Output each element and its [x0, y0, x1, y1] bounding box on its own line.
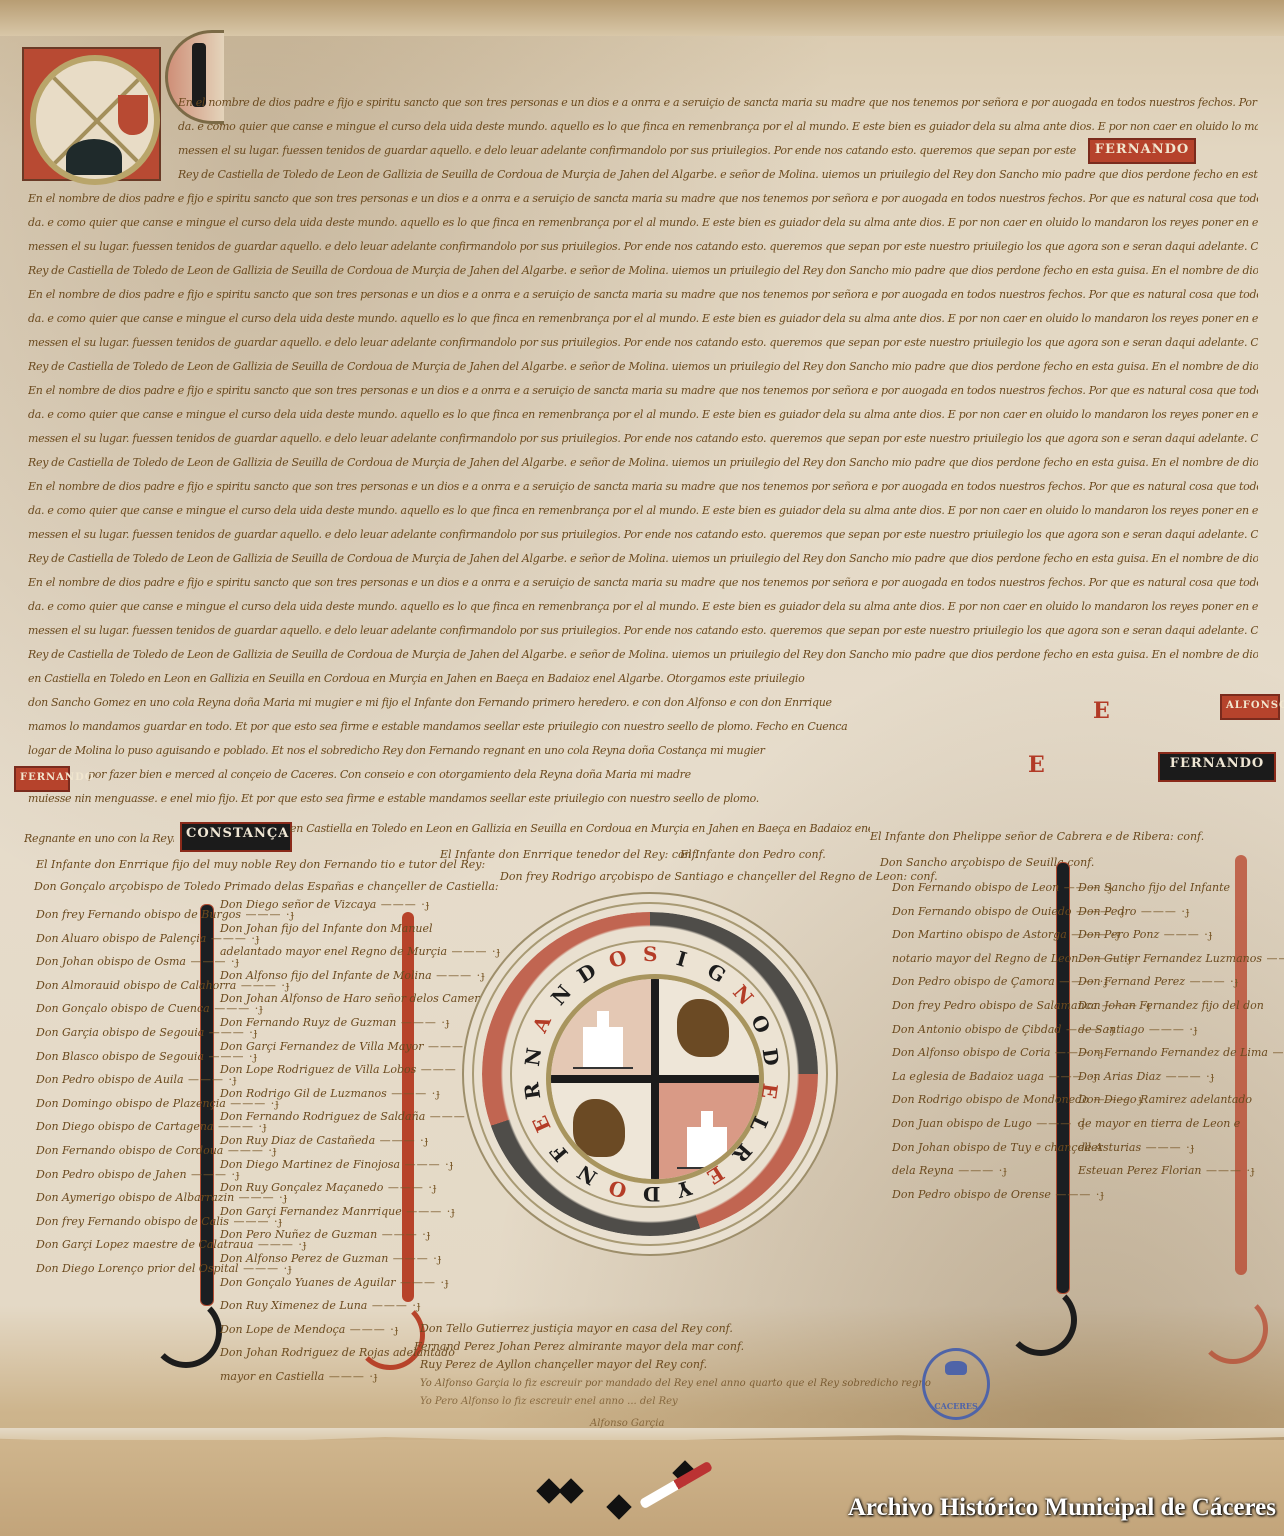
witness-entry: Don Alfonso Perez de Guzman	[220, 1247, 546, 1271]
confirmation-line: El Infante don Enrrique tenedor del Rey:…	[440, 848, 699, 861]
text-line: da. e como quier que canse e mingue el c…	[28, 600, 1258, 614]
text-line: messen el su lugar. fuessen tenidos de g…	[28, 240, 1258, 254]
rubric-name-box: FERNANDO	[1088, 138, 1196, 164]
text-line: Rey de Castiella de Toledo de Leon de Ga…	[28, 264, 1258, 278]
flourish-red	[1198, 1294, 1268, 1364]
witness-entry: Don Pedro obispo de Orense	[892, 1183, 1151, 1207]
witness-entry: de Santiago	[1078, 1018, 1284, 1042]
witness-entry: Don Fernando Fernandez de Lima	[1078, 1041, 1284, 1065]
witness-entry: Don Pero Nuñez de Guzman	[220, 1223, 546, 1247]
text-line: En el nombre de dios padre e fijo e spir…	[28, 192, 1258, 206]
text-line: da. e como quier que canse e mingue el c…	[28, 216, 1258, 230]
crown-icon	[945, 1361, 967, 1375]
witness-entry: Don Fernand Perez	[1078, 970, 1284, 994]
legend-letter: G	[703, 958, 730, 987]
witness-entry: Don Johan Fernandez fijo del don	[1078, 994, 1284, 1018]
text-line: mamos lo mandamos guardar en todo. Et po…	[28, 720, 1258, 734]
text-line: Rey de Castiella de Toledo de Leon de Ga…	[28, 552, 1258, 566]
text-line: Rey de Castiella de Toledo de Leon de Ga…	[28, 648, 1258, 662]
legend-letter: E	[756, 1082, 782, 1101]
legend-letter: N	[573, 1160, 601, 1190]
legend-letter: O	[606, 945, 629, 973]
parchment-top-edge	[0, 0, 1284, 36]
legend-letter: F	[546, 1139, 573, 1165]
charter-body: En el nombre de dios padre e fijo e spir…	[28, 96, 1268, 820]
text-line: muiesse nin menguasse. e enel mio fijo. …	[28, 792, 1028, 806]
rota-seal: SIGNODELREYDONFERNANDO	[462, 892, 838, 1256]
text-line: En el nombre de dios padre e fijo e spir…	[178, 96, 1258, 110]
legend-letter: A	[527, 1012, 555, 1036]
red-capital: E	[1093, 698, 1110, 724]
legend-letter: L	[745, 1112, 773, 1135]
witness-entry: de Asturias	[1078, 1136, 1284, 1160]
legend-letter: E	[703, 1161, 729, 1189]
confirmation-column-right: Don Sancho fijo del Infante Don Pedro Do…	[1078, 876, 1284, 1183]
witness-entry: Don Sancho fijo del Infante	[1078, 876, 1284, 900]
confirmation-line: Fernand Perez Johan Perez almirante mayo…	[414, 1340, 744, 1353]
text-line: messen el su lugar. fuessen tenidos de g…	[178, 144, 1078, 158]
witness-entry: adelantado mayor enel Regno de Murçia	[220, 940, 546, 964]
text-line: En el nombre de dios padre e fijo e spir…	[28, 384, 1258, 398]
legend-letter: S	[643, 942, 657, 966]
confirmation-line: El Infante don Pedro conf.	[680, 848, 826, 861]
legend-letter: E	[527, 1112, 555, 1136]
legend-letter: I	[674, 946, 690, 972]
legend-letter: R	[727, 1138, 756, 1166]
legend-letter: R	[519, 1081, 545, 1101]
legend-letter: O	[746, 1011, 775, 1037]
text-line: logar de Molina lo puso aguisando e pobl…	[28, 744, 1258, 758]
text-line: don Sancho Gomez en uno cola Reyna doña …	[28, 696, 1258, 710]
archive-watermark: Archivo Histórico Municipal de Cáceres	[848, 1494, 1276, 1522]
rota-inner-legend: SIGNODELREYDONFERNANDO	[510, 940, 790, 1208]
witness-entry: Don Arias Diaz	[1078, 1065, 1284, 1089]
witness-entry: Don Ruy Ximenez de Luna	[220, 1294, 546, 1318]
confirmation-line: El Infante don Phelippe señor de Cabrera…	[870, 830, 1204, 843]
rubric-name-box: ALFONSO	[1220, 694, 1280, 720]
manuscript-page: En el nombre de dios padre e fijo e spir…	[0, 0, 1284, 1536]
confirmation-line: El Infante don Enrrique fijo del muy nob…	[36, 858, 485, 871]
legend-letter: N	[520, 1046, 546, 1068]
legend-letter: D	[757, 1047, 783, 1068]
witness-entry: de mayor en tierra de Leon e	[1078, 1112, 1284, 1136]
signature: Alfonso Garçia	[590, 1418, 664, 1429]
witness-entry: Don Johan fijo del Infante don Manuel	[220, 917, 546, 941]
witness-entry: Don Pedro	[1078, 900, 1284, 924]
text-line: Rey de Castiella de Toledo de Leon de Ga…	[28, 456, 1258, 470]
scribe-line: Yo Alfonso Garçia lo fiz escreuir por ma…	[420, 1378, 931, 1389]
legend-letter: N	[728, 981, 758, 1011]
text-line: Rey de Castiella de Toledo de Leon de Ga…	[28, 360, 1258, 374]
seal-cord-holes	[540, 1460, 720, 1520]
scribe-line: Yo Pero Alfonso lo fiz escreuir enel ann…	[420, 1396, 678, 1407]
text-line: messen el su lugar. fuessen tenidos de g…	[28, 336, 1258, 350]
rubric-name-box: FERNANDO	[1158, 752, 1276, 782]
text-line: da. e como quier que canse e mingue el c…	[28, 504, 1258, 518]
text-line: da. e como quier que canse e mingue el c…	[28, 312, 1258, 326]
legend-letter: Y	[674, 1176, 694, 1203]
text-line: messen el su lugar. fuessen tenidos de g…	[28, 528, 1258, 542]
rubric-name-box: FERNANDO	[14, 766, 70, 792]
witness-entry: Don Pero Ponz	[1078, 923, 1284, 947]
confirmation-line: Ruy Perez de Ayllon chançeller mayor del…	[420, 1358, 707, 1371]
flourish-black	[1005, 1284, 1077, 1356]
text-line: Regnante en uno con la Reyna doña	[24, 832, 174, 846]
text-line: da. e como quier que canse e mingue el c…	[28, 408, 1258, 422]
text-line: da. e como quier que canse e mingue el c…	[178, 120, 1258, 134]
text-line: messen el su lugar. fuessen tenidos de g…	[28, 624, 1258, 638]
confirmation-line: Don Gonçalo arçobispo de Toledo Primado …	[34, 880, 499, 893]
red-capital: E	[1028, 752, 1045, 778]
confirmation-line: Don frey Rodrigo arçobispo de Santiago e…	[500, 870, 938, 883]
text-line: en Castiella en Toledo en Leon en Galliz…	[28, 672, 1258, 686]
text-line: Rey de Castiella de Toledo de Leon de Ga…	[178, 168, 1258, 182]
legend-letter: N	[546, 981, 576, 1011]
rubric-name-box: CONSTANÇA	[180, 822, 292, 852]
witness-entry: Don Diego Ramirez adelantado	[1078, 1088, 1284, 1112]
text-line: messen el su lugar. fuessen tenidos de g…	[28, 432, 1258, 446]
witness-entry: Don Gonçalo Yuanes de Aguilar	[220, 1271, 546, 1295]
witness-entry: Don Diego señor de Vizcaya	[220, 893, 546, 917]
legend-letter: O	[606, 1175, 629, 1203]
witness-entry: Don Gutier Fernandez Luzmanos	[1078, 947, 1284, 971]
text-line: En el nombre de dios padre e fijo e spir…	[28, 576, 1258, 590]
text-line: en Castiella en Toledo en Leon en Galliz…	[290, 822, 870, 836]
text-line: En el nombre de dios padre e fijo e spir…	[28, 288, 1258, 302]
confirmation-line: Don Tello Gutierrez justiçia mayor en ca…	[420, 1322, 733, 1335]
text-line: En el nombre de dios padre e fijo e spir…	[28, 480, 1258, 494]
archive-stamp: CACERES	[922, 1348, 990, 1420]
legend-letter: D	[643, 1182, 660, 1206]
legend-letter: D	[573, 958, 601, 988]
witness-entry: Esteuan Perez Florian	[1078, 1159, 1284, 1183]
witness-entry: Don Garçi Fernandez Manrrique	[220, 1200, 546, 1224]
flourish-black	[150, 1296, 222, 1368]
